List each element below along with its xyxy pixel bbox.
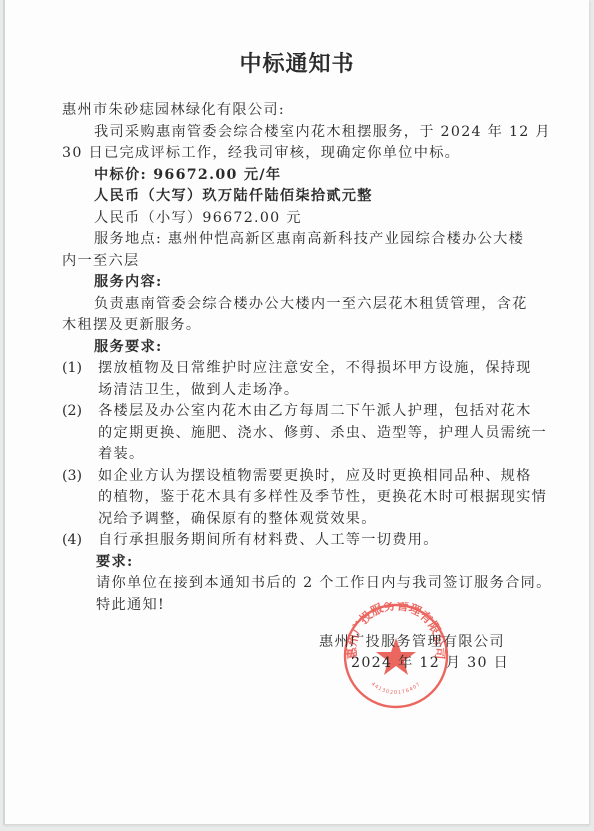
amount-upper: 人民币（大写）玖万陆仟陆佰柒拾贰元整 [62,186,532,208]
service-location-line-2: 内一至六层 [62,251,532,273]
service-content-heading: 服务内容: [62,272,532,294]
document-body: 惠州市朱砂痣园林绿化有限公司: 我司采购惠南管委会综合楼室内花木租摆服务，于 2… [62,100,532,616]
document-page: 中标通知书 惠州市朱砂痣园林绿化有限公司: 我司采购惠南管委会综合楼室内花木租摆… [3,0,589,825]
service-content-line-2: 木租摆及更新服务。 [62,315,532,337]
intro-line-2: 30 日已完成评标工作，经我司审核，现确定你单位中标。 [62,143,532,165]
requirement-line: 各楼层及办公室内花木由乙方每周二下午派人护理，包括对花木 [98,401,547,423]
requirement-item-1: (1) 摆放植物及日常维护时应注意安全，不得损坏甲方设施，保持现 场清洁卫生，做… [62,358,532,401]
requirement-number: (1) [62,358,98,401]
demand-text: 请你单位在接到本通知书后的 2 个工作日内与我司签订服务合同。 [62,573,532,595]
signature-block: 惠州广投服务管理有限公司 2024 年 12 月 30 日 [319,632,539,674]
requirement-item-4: (4) 自行承担服务期间所有材料费、人工等一切费用。 [62,530,532,552]
requirement-number: (2) [62,401,98,466]
bid-price: 中标价: 96672.00 元/年 [62,165,532,187]
svg-text:4413020176407: 4413020176407 [370,681,422,696]
requirement-line: 摆放植物及日常维护时应注意安全，不得损坏甲方设施，保持现 [98,358,532,380]
requirement-number: (4) [62,530,98,552]
amount-lower: 人民币（小写）96672.00 元 [62,208,532,230]
requirement-line: 着装。 [98,444,547,466]
requirement-item-3: (3) 如企业方认为摆设植物需要更换时，应及时更换相同品种、规格 的植物，鉴于花… [62,466,532,531]
requirement-item-2: (2) 各楼层及办公室内花木由乙方每周二下午派人护理，包括对花木 的定期更换、施… [62,401,532,466]
service-requirements-heading: 服务要求: [62,337,532,359]
requirement-line: 自行承担服务期间所有材料费、人工等一切费用。 [98,530,532,552]
requirement-line: 的定期更换、施肥、浇水、修剪、杀虫、造型等，护理人员需统一 [98,423,547,445]
requirement-line: 场清洁卫生，做到人走场净。 [98,380,532,402]
signature-company: 惠州广投服务管理有限公司 [319,632,539,653]
service-content-line-1: 负责惠南管委会综合楼办公大楼内一至六层花木租赁管理，含花 [62,294,532,316]
requirement-line: 况给予调整，确保原有的整体观赏效果。 [98,509,547,531]
requirement-line: 的植物，鉴于花木具有多样性及季节性，更换花木时可根据现实情 [98,487,547,509]
recipient: 惠州市朱砂痣园林绿化有限公司: [62,100,532,122]
demand-heading: 要求: [62,552,532,574]
requirement-line: 如企业方认为摆设植物需要更换时，应及时更换相同品种、规格 [98,466,547,488]
intro-line-1: 我司采购惠南管委会综合楼室内花木租摆服务，于 2024 年 12 月 [62,122,532,144]
signature-date: 2024 年 12 月 30 日 [319,653,539,674]
closing-text: 特此通知! [62,595,532,617]
document-title: 中标通知书 [5,47,589,78]
service-location-line-1: 服务地点: 惠州仲恺高新区惠南高新科技产业园综合楼办公大楼 [62,229,532,251]
requirement-number: (3) [62,466,98,531]
